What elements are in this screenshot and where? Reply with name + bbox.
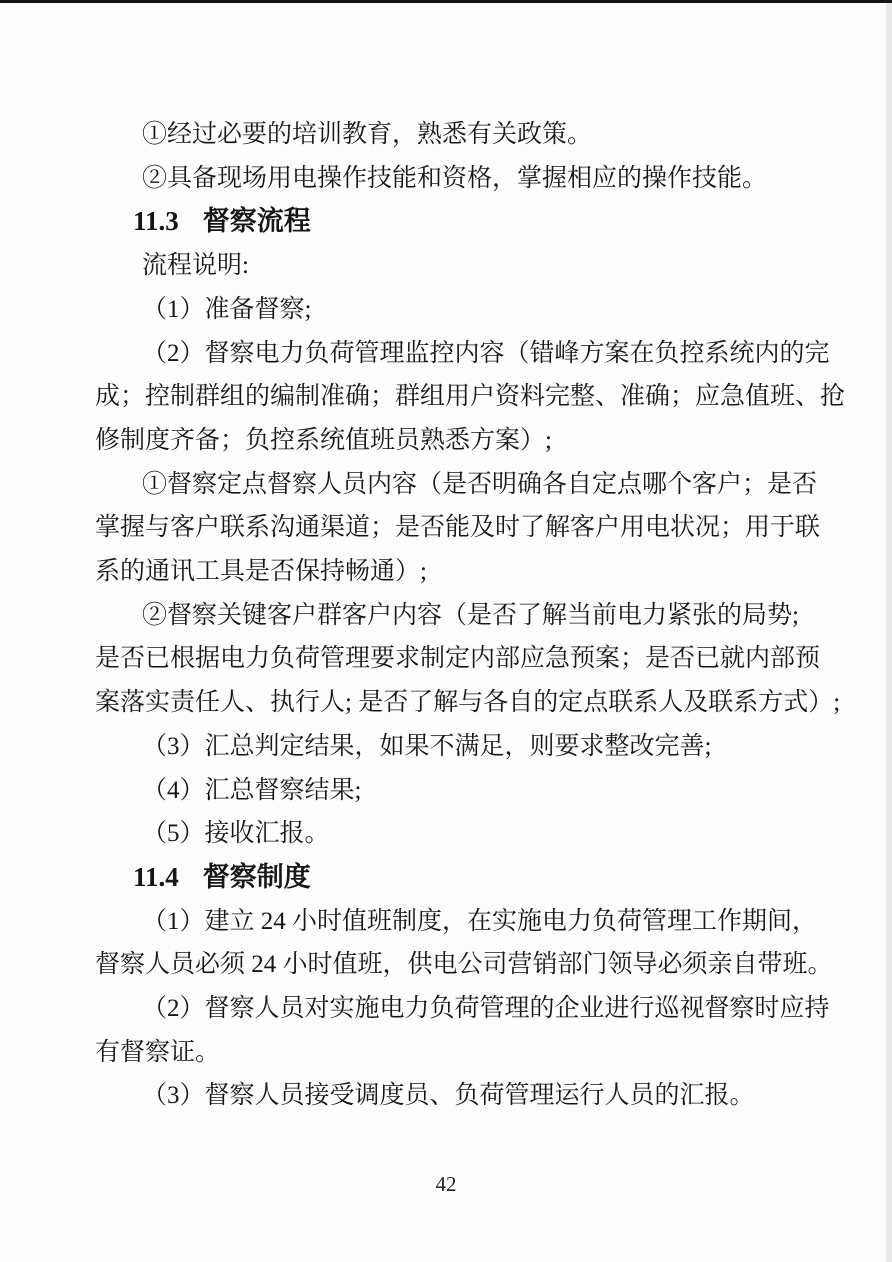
text-line: （1）建立 24 小时值班制度，在实施电力负荷管理工作期间， xyxy=(95,900,807,944)
text-line: 成；控制群组的编制准确；群组用户资料完整、准确；应急值班、抢 xyxy=(95,375,807,419)
section-number: 11.4 xyxy=(133,856,179,900)
text-line: 修制度齐备；负控系统值班员熟悉方案）; xyxy=(95,419,807,463)
text-line: （3）汇总判定结果，如果不满足，则要求整改完善; xyxy=(95,725,807,769)
section-title: 督察流程 xyxy=(203,206,311,236)
text-line: ①督察定点督察人员内容（是否明确各自定点哪个客户；是否 xyxy=(95,463,807,507)
section-number: 11.3 xyxy=(133,200,179,244)
text-line: 督察人员必须 24 小时值班，供电公司营销部门领导必须亲自带班。 xyxy=(95,943,807,987)
text-line: （2）督察电力负荷管理监控内容（错峰方案在负控系统内的完 xyxy=(95,332,807,376)
text-line: 掌握与客户联系沟通渠道；是否能及时了解客户用电状况；用于联 xyxy=(95,506,807,550)
section-heading: 11.3督察流程 xyxy=(95,200,807,244)
text-line: ①经过必要的培训教育，熟悉有关政策。 xyxy=(95,113,807,157)
document-page: ①经过必要的培训教育，熟悉有关政策。 ②具备现场用电操作技能和资格，掌握相应的操… xyxy=(0,0,892,1262)
section-title: 督察制度 xyxy=(203,862,311,892)
text-line: 案落实责任人、执行人; 是否了解与各自的定点联系人及联系方式）; xyxy=(95,681,807,725)
text-line: （3）督察人员接受调度员、负荷管理运行人员的汇报。 xyxy=(95,1074,807,1118)
scan-right-edge xyxy=(886,3,892,1262)
text-line: （5）接收汇报。 xyxy=(95,812,807,856)
text-line: （2）督察人员对实施电力负荷管理的企业进行巡视督察时应持 xyxy=(95,987,807,1031)
text-line: 有督察证。 xyxy=(95,1031,807,1075)
text-line: ②具备现场用电操作技能和资格，掌握相应的操作技能。 xyxy=(95,157,807,201)
text-line: ②督察关键客户群客户内容（是否了解当前电力紧张的局势; xyxy=(95,594,807,638)
document-body: ①经过必要的培训教育，熟悉有关政策。 ②具备现场用电操作技能和资格，掌握相应的操… xyxy=(95,113,807,1118)
section-heading: 11.4督察制度 xyxy=(95,856,807,900)
text-line: 是否已根据电力负荷管理要求制定内部应急预案；是否已就内部预 xyxy=(95,637,807,681)
page-number: 42 xyxy=(0,1172,892,1197)
text-line: （4）汇总督察结果; xyxy=(95,769,807,813)
text-line: 流程说明: xyxy=(95,244,807,288)
text-line: 系的通讯工具是否保持畅通）; xyxy=(95,550,807,594)
text-line: （1）准备督察; xyxy=(95,288,807,332)
scan-top-edge xyxy=(0,0,892,3)
